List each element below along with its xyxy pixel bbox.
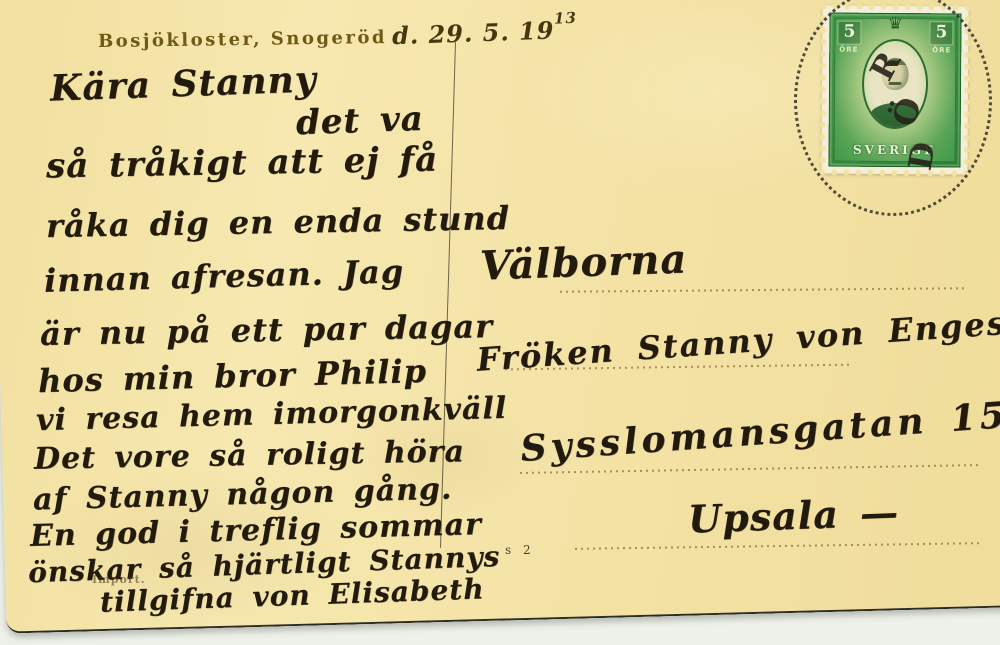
printed-header: Bosjökloster, Snogeröd: [98, 27, 387, 52]
address-city: Upsala —: [687, 493, 899, 538]
address-honorific: Välborna: [479, 239, 687, 286]
address-dotted-line: [560, 287, 966, 293]
date-main: d. 29. 5. 19: [392, 16, 555, 51]
message-line: råka dig en enda stund: [46, 202, 511, 242]
message-line: innan afresan. Jag: [44, 255, 405, 296]
address-dotted-line: [575, 542, 983, 550]
message-line: är nu på ett par dagar: [40, 310, 493, 350]
message-line: Det vore så roligt höra: [34, 437, 465, 475]
handwritten-date: d. 29. 5. 1913: [392, 15, 578, 50]
scan-background: { "postcard": { "header": { "printed": "…: [0, 0, 1000, 645]
date-superscript: 13: [554, 9, 577, 28]
address-dotted-line: [520, 464, 982, 474]
message-line: Kära Stanny: [49, 61, 317, 106]
postmark-letter: D: [904, 140, 940, 173]
message-line: vi resa hem imorgonkväll: [36, 394, 508, 436]
plate-number: s 2: [505, 543, 535, 557]
printer-imprint: Import.: [92, 573, 146, 586]
message-line: hos min bror Philip: [38, 355, 428, 397]
message-line: det va: [295, 102, 424, 140]
message-line: så tråkigt att ej få: [46, 143, 439, 184]
address-street: Sysslomansgatan 15: [519, 397, 1000, 467]
postcard-content: Bosjökloster, Snogeröd d. 29. 5. 1913 Kä…: [0, 0, 1000, 645]
